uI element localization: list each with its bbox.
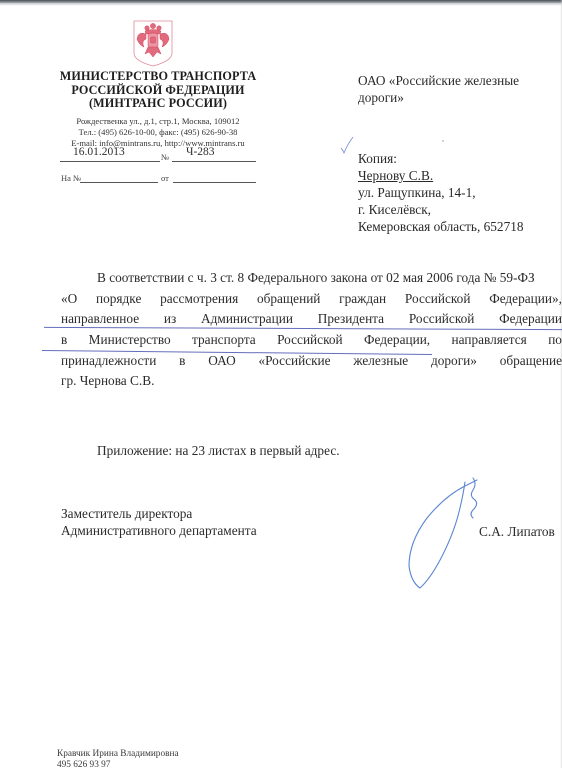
signer-name: С.А. Липатов — [479, 524, 555, 540]
ministry-name-line: МИНИСТЕРСТВО ТРАНСПОРТА — [58, 70, 258, 84]
ministry-address: Рождественка ул., д.1, стр.1, Москва, 10… — [58, 116, 258, 127]
body-line: принадлежности в ОАО «Российские железны… — [61, 351, 562, 372]
body-word: Федерации — [499, 309, 562, 330]
body-word: Российской — [405, 289, 471, 310]
ministry-name-line: РОССИЙСКОЙ ФЕДЕРАЦИИ — [58, 84, 258, 98]
body-line: в Министерство транспорта Российской Фед… — [61, 330, 562, 351]
body-word: ОАО — [208, 351, 235, 372]
from-underline — [173, 182, 256, 183]
copy-street: ул. Ращупкина, 14-1, — [358, 184, 524, 201]
document-date: 16.01.2013 — [73, 146, 125, 158]
body-word: Российской — [409, 309, 475, 330]
ministry-phone: Тел.: (495) 626-10-00, факс: (495) 626-9… — [58, 127, 258, 138]
signer-title-line: Заместитель директора — [61, 506, 257, 523]
body-word: в — [61, 330, 67, 351]
copy-label: Копия: — [358, 150, 524, 167]
document-number: Ч-283 — [186, 146, 215, 158]
body-word: в — [179, 351, 185, 372]
reply-to-underline — [80, 182, 158, 183]
number-label: № — [161, 152, 169, 162]
number-underline — [172, 161, 256, 162]
letter-body: В соответствии с ч. 3 ст. 8 Федерального… — [61, 268, 562, 392]
attachment-note: Приложение: на 23 листах в первый адрес. — [97, 443, 340, 459]
body-word: Президента — [318, 309, 384, 330]
body-word: порядке — [96, 289, 141, 310]
body-word: «О — [61, 289, 77, 310]
body-word: Российской — [277, 330, 343, 351]
executor-info: Кравчик Ирина Владимировна 495 626 93 97 — [57, 749, 179, 768]
main-addressee: ОАО «Российские железные дороги» — [358, 72, 558, 106]
signer-title: Заместитель директора Административного … — [61, 506, 257, 539]
body-line: гр. Чернова С.В. — [61, 371, 562, 392]
body-word: В соответствии с ч. 3 ст. 8 Федерального… — [97, 268, 535, 289]
body-word: обращений — [257, 289, 320, 310]
body-word: граждан — [339, 289, 386, 310]
body-word: Федерации», — [489, 289, 562, 310]
body-word: транспорта — [192, 330, 256, 351]
body-word: направляется — [452, 330, 527, 351]
body-word: дороги» — [431, 351, 477, 372]
body-word: принадлежности — [61, 351, 156, 372]
from-label: от — [161, 173, 169, 183]
copy-city: г. Киселёвск, — [358, 201, 524, 218]
scan-speck — [442, 140, 444, 142]
ministry-name-line: (МИНТРАНС РОССИИ) — [58, 97, 258, 111]
body-word: Министерство — [89, 330, 171, 351]
body-line: «О порядке рассмотрения обращений гражда… — [61, 289, 562, 310]
body-word: рассмотрения — [160, 289, 238, 310]
ministry-name: МИНИСТЕРСТВО ТРАНСПОРТА РОССИЙСКОЙ ФЕДЕР… — [58, 70, 258, 111]
body-word: Федерации, — [364, 330, 430, 351]
checkmark-icon — [340, 136, 354, 154]
copy-name: Чернову С.В. — [358, 167, 524, 184]
date-underline — [60, 161, 160, 162]
executor-name: Кравчик Ирина Владимировна — [57, 749, 179, 760]
body-line: В соответствии с ч. 3 ст. 8 Федерального… — [61, 268, 562, 289]
scan-top-shadow — [0, 4, 562, 6]
ministry-contacts: Рождественка ул., д.1, стр.1, Москва, 10… — [58, 116, 258, 148]
executor-phone: 495 626 93 97 — [57, 760, 179, 768]
russian-coat-of-arms-icon — [132, 19, 174, 67]
body-word: по — [548, 330, 562, 351]
copy-region: Кемеровская область, 652718 — [358, 218, 524, 235]
body-word: гр. Чернова С.В. — [61, 371, 154, 392]
reply-to-label: На № — [61, 173, 81, 183]
signer-title-line: Административного департамента — [61, 523, 257, 540]
copy-addressee: Копия: Чернову С.В. ул. Ращупкина, 14-1,… — [358, 150, 524, 235]
body-word: обращение — [500, 351, 562, 372]
